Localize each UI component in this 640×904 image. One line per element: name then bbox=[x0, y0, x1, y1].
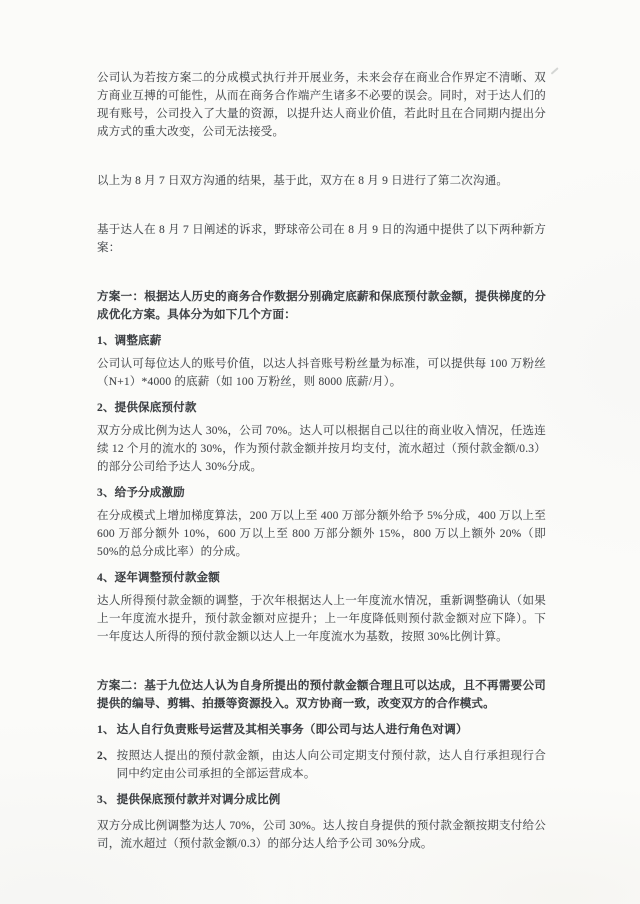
list-item-text: 提供保底预付款并对调分成比例 bbox=[117, 791, 281, 809]
list-item-text: 按照达人提出的预付款金额，由达人向公司定期支付预付款，达人自行承担现行合同中约定… bbox=[117, 747, 546, 783]
paragraph: 双方分成比例调整为达人 70%，公司 30%。达人按自身提供的预付款金额按期支付… bbox=[97, 817, 546, 853]
list-item: 3、提供保底预付款并对调分成比例 bbox=[97, 791, 546, 809]
list-item-text: 达人自行负责账号运营及其相关事务（即公司与达人进行角色对调） bbox=[117, 721, 468, 739]
list-item: 2、按照达人提出的预付款金额，由达人向公司定期支付预付款，达人自行承担现行合同中… bbox=[97, 747, 546, 783]
section-heading: 4、逐年调整预付款金额 bbox=[97, 569, 546, 587]
paragraph: 基于达人在 8 月 7 日阐述的诉求，野球帝公司在 8 月 9 日的沟通中提供了… bbox=[97, 221, 546, 257]
list-item-number: 2、 bbox=[97, 747, 117, 783]
paragraph: 达人所得预付款金额的调整，于次年根据达人上一年度流水情况，重新调整确认（如果上一… bbox=[97, 592, 546, 646]
scan-artifact-mark bbox=[551, 67, 559, 74]
paragraph: 在分成模式上增加梯度算法，200 万以上至 400 万部分额外给予 5%分成，4… bbox=[97, 507, 546, 561]
section-heading: 3、给予分成激励 bbox=[97, 484, 546, 502]
paragraph: 双方分成比例为达人 30%，公司 70%。达人可以根据自己以往的商业收入情况，任… bbox=[97, 422, 546, 476]
list-item-number: 1、 bbox=[97, 721, 117, 739]
paragraph: 公司认为若按方案二的分成模式执行并开展业务，未来会存在商业合作界定不清晰、双方商… bbox=[97, 69, 546, 141]
list-item: 1、达人自行负责账号运营及其相关事务（即公司与达人进行角色对调） bbox=[97, 721, 546, 739]
section-heading: 2、提供保底预付款 bbox=[97, 399, 546, 417]
scanned-document-page: 公司认为若按方案二的分成模式执行并开展业务，未来会存在商业合作界定不清晰、双方商… bbox=[0, 0, 640, 904]
paragraph: 以上为 8 月 7 日双方沟通的结果，基于此，双方在 8 月 9 日进行了第二次… bbox=[97, 172, 546, 190]
paragraph: 方案一：根据达人历史的商务合作数据分别确定底薪和保底预付款金额，提供梯度的分成优… bbox=[97, 288, 546, 324]
paragraph: 公司认可每位达人的账号价值，以达人抖音账号粉丝量为标准，可以提供每 100 万粉… bbox=[97, 355, 546, 391]
list-item-number: 3、 bbox=[97, 791, 117, 809]
paragraph: 方案二：基于九位达人认为自身所提出的预付款金额合理且可以达成，且不再需要公司提供… bbox=[97, 677, 546, 713]
section-heading: 1、调整底薪 bbox=[97, 332, 546, 350]
document-body: 公司认为若按方案二的分成模式执行并开展业务，未来会存在商业合作界定不清晰、双方商… bbox=[97, 69, 546, 853]
